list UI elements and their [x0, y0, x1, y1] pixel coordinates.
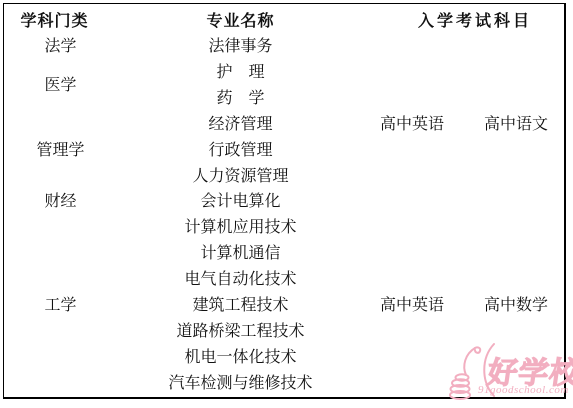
exam-cell: 高中英语 高中数学: [364, 215, 564, 397]
column-header-major: 专业名称: [117, 4, 364, 34]
table-row: 工学 计算机应用技术 高中英语 高中数学: [4, 215, 564, 241]
admission-majors-table: 学科门类 专业名称 入学考试科目 法学 法律事务 高中英语 高中语文: [4, 4, 564, 397]
category-cell: 管理学: [4, 112, 117, 190]
major-cell: 计算机应用技术: [117, 215, 364, 241]
category-cell: 工学: [4, 215, 117, 397]
major-cell: 机电一体化技术: [117, 345, 364, 371]
exam-subject: 高中英语: [380, 298, 444, 314]
exam-subjects: 高中英语 高中数学: [364, 298, 564, 314]
category-cell: 医学: [4, 60, 117, 112]
table-row: 法学 法律事务 高中英语 高中语文: [4, 34, 564, 60]
exam-subject: 高中数学: [484, 298, 548, 314]
major-cell: 行政管理: [117, 138, 364, 164]
category-cell: 财经: [4, 190, 117, 216]
major-cell: 经济管理: [117, 112, 364, 138]
column-header-category: 学科门类: [4, 4, 117, 34]
header-row: 学科门类 专业名称 入学考试科目: [4, 4, 564, 34]
exam-subjects: 高中英语 高中语文: [364, 117, 564, 133]
major-cell: 计算机通信: [117, 241, 364, 267]
major-cell: 汽车检测与维修技术: [117, 371, 364, 397]
exam-subject: 高中语文: [484, 117, 548, 133]
major-cell: 护 理: [117, 60, 364, 86]
exam-subject: 高中英语: [380, 117, 444, 133]
page: 学科门类 专业名称 入学考试科目 法学 法律事务 高中英语 高中语文: [0, 0, 573, 408]
major-cell: 建筑工程技术: [117, 293, 364, 319]
category-cell: 法学: [4, 34, 117, 60]
major-cell: 会计电算化: [117, 190, 364, 216]
major-cell: 道路桥梁工程技术: [117, 319, 364, 345]
major-cell: 药 学: [117, 86, 364, 112]
major-cell: 电气自动化技术: [117, 267, 364, 293]
major-cell: 人力资源管理: [117, 164, 364, 190]
column-header-exam: 入学考试科目: [364, 4, 564, 34]
table-border-box: 学科门类 专业名称 入学考试科目 法学 法律事务 高中英语 高中语文: [3, 3, 566, 399]
major-cell: 法律事务: [117, 34, 364, 60]
exam-cell: 高中英语 高中语文: [364, 34, 564, 215]
